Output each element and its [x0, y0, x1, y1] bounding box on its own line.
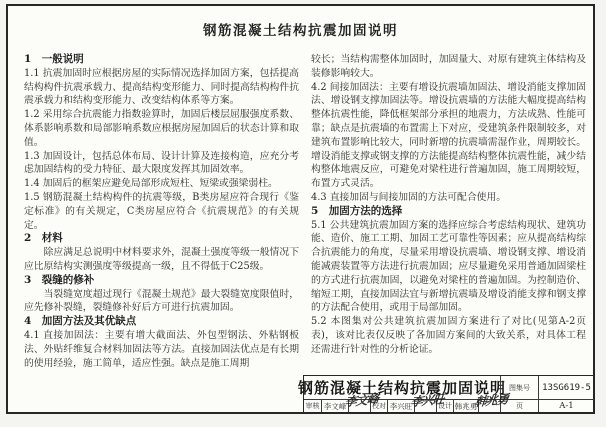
- review-label: 审核: [304, 399, 321, 412]
- reviewer-signature-cell: 李文峰: [348, 399, 370, 412]
- paragraph: 4.3 直接加固与间接加固的方法可配合使用。: [311, 191, 586, 205]
- paragraph: 1.1 抗震加固时应根据房屋的实际情况选择加固方案，包括提高结构构件抗震承载力、…: [24, 67, 299, 108]
- designer-signature-cell: 韩兆勇: [478, 399, 500, 412]
- paragraph: 较长；当结构需整体加固时，加固量大、对原有建筑主体结构及装修影响较大。: [311, 53, 586, 81]
- paragraph: 1.4 加固后的框架应避免局部形成短柱、短梁或强梁弱柱。: [24, 177, 299, 191]
- right-column: 较长；当结构需整体加固时，加固量大、对原有建筑主体结构及装修影响较大。 4.2 …: [311, 53, 586, 385]
- paragraph: 4.1 直接加固法：主要有增大截面法、外包型钢法、外粘钢板法、外贴纤维复合材料加…: [24, 329, 299, 370]
- left-column: 1 一般说明 1.1 抗震加固时应根据房屋的实际情况选择加固方案，包括提高结构构…: [24, 53, 299, 385]
- paragraph: 1.3 加固设计，包括总体布局、设计计算及连接构造，应充分考虑加固结构的受力特征…: [24, 150, 299, 178]
- paragraph: 除应满足总说明中材料要求外，混凝土强度等级一般情况下应比原结构实测强度等级提高一…: [24, 246, 299, 274]
- page-number: A-1: [538, 399, 594, 412]
- title-block: 钢筋混凝土结构抗震加固说明 图集号 13SG619-5 审核 李文峰 李文峰 校…: [303, 375, 593, 412]
- paragraph: 5.1 公共建筑抗震加固方案的选择应综合考虑结构现状、建筑功能、造价、施工工期、…: [311, 219, 586, 316]
- paragraph: 1.2 采用综合抗震能力指数验算时，加固后楼层屈服强度系数、体系影响系数和局部影…: [24, 108, 299, 149]
- section-heading: 4 加固方法及其优缺点: [24, 315, 299, 329]
- checker-signature-cell: 李兴旺: [414, 399, 436, 412]
- atlas-number-value: 13SG619-5: [538, 376, 594, 399]
- check-label: 校对: [370, 399, 387, 412]
- section-heading: 2 材料: [24, 232, 299, 246]
- designer-name: 韩兆勇: [453, 399, 478, 412]
- section-heading: 1 一般说明: [24, 53, 299, 67]
- paragraph: 5.2 本图集对公共建筑抗震加固方案进行了对比(见第A-2页表)，该对比表仅反映…: [311, 315, 586, 356]
- section-heading: 5 加固方法的选择: [311, 205, 586, 219]
- checker-name: 李兴旺: [387, 399, 414, 412]
- drawing-sheet-frame: 钢筋混凝土结构抗震加固说明 1 一般说明 1.1 抗震加固时应根据房屋的实际情况…: [6, 4, 595, 414]
- section-heading: 3 裂缝的修补: [24, 274, 299, 288]
- title-block-title: 钢筋混凝土结构抗震加固说明: [304, 376, 500, 399]
- text-columns: 1 一般说明 1.1 抗震加固时应根据房屋的实际情况选择加固方案，包括提高结构构…: [24, 53, 586, 385]
- atlas-number-label: 图集号: [500, 376, 538, 399]
- page-title: 钢筋混凝土结构抗震加固说明: [8, 19, 593, 39]
- paragraph: 1.5 钢筋混凝土结构构件的抗震等级，B类房屋应符合现行《鉴定标准》的有关规定，…: [24, 191, 299, 232]
- design-label: 设计: [436, 399, 453, 412]
- page-label: 页: [500, 399, 538, 412]
- paragraph: 4.2 间接加固法：主要有增设抗震墙加固法、增设消能支撑加固法、增设钢支撑加固法…: [311, 81, 586, 191]
- paragraph: 当裂缝宽度超过现行《混凝土规范》最大裂缝宽度限值时，应先修补裂缝，裂缝修补好后方…: [24, 288, 299, 316]
- reviewer-name: 李文峰: [321, 399, 348, 412]
